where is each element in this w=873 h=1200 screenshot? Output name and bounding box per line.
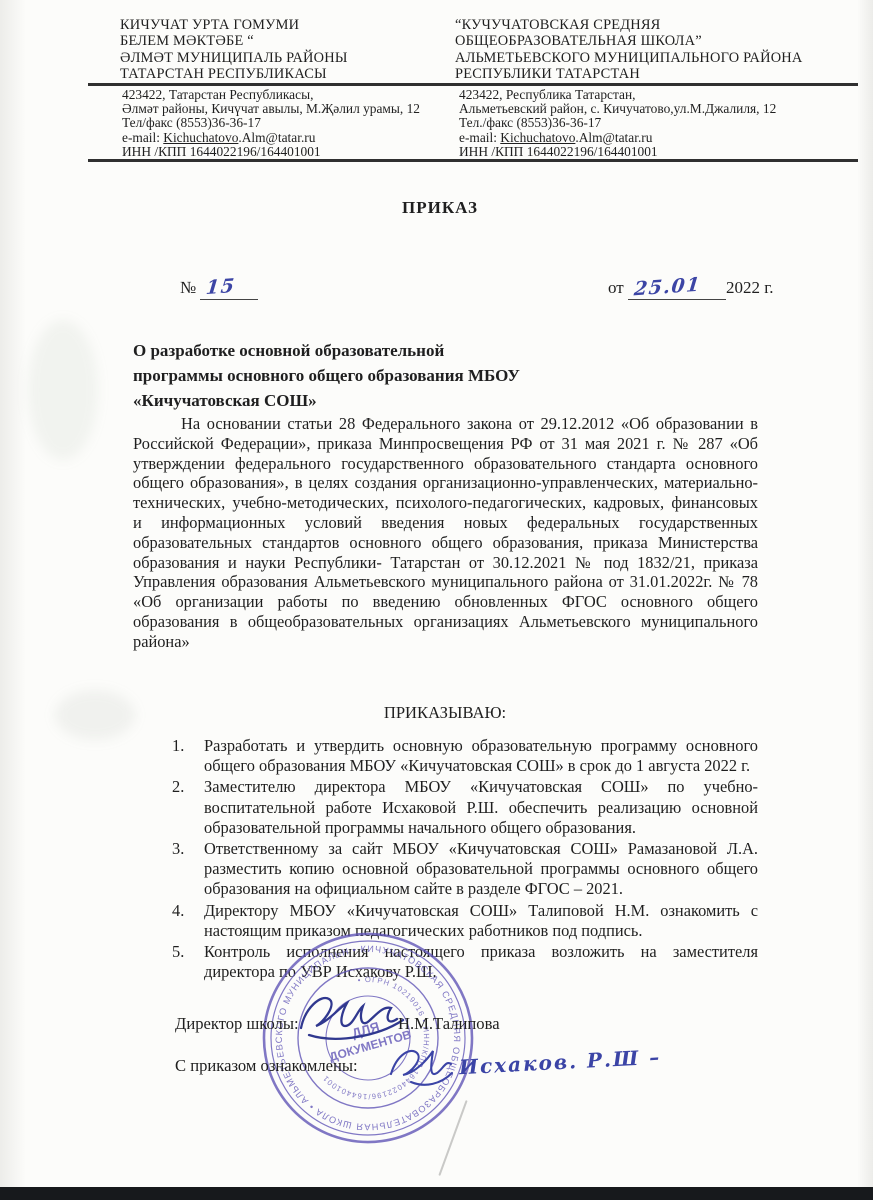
letterhead-left-tatar: КИЧУЧАТ УРТА ГОМУМИ БЕЛЕМ МӘКТӘБЕ “ ӘЛМӘ… [90, 17, 455, 82]
handwritten-date: 25.01 [633, 274, 702, 301]
bleedthrough-artifact [28, 320, 98, 460]
letterhead: КИЧУЧАТ УРТА ГОМУМИ БЕЛЕМ МӘКТӘБЕ “ ӘЛМӘ… [90, 17, 862, 82]
email-prefix: e-mail: [122, 130, 163, 145]
year-suffix: 2022 г. [726, 278, 774, 297]
order-item: 4. Директору МБОУ «Кичучатовская СОШ» Та… [172, 901, 758, 941]
order-subject: О разработке основной образовательной пр… [133, 338, 713, 413]
org-name-line: РЕСПУБЛИКИ ТАТАРСТАН [455, 66, 862, 82]
scan-edge-bar [0, 1187, 873, 1200]
order-item: 1. Разработать и утвердить основную обра… [172, 736, 758, 776]
phone-line: Тел/факс (8553)36-36-17 [122, 116, 455, 130]
inn-line: ИНН /КПП 1644022196/164401001 [122, 145, 455, 159]
contacts-left: 423422, Татарстан Республикасы, Әлмәт ра… [90, 88, 455, 159]
order-item: 2. Заместителю директора МБОУ «Кичучатов… [172, 777, 758, 838]
subject-line: программы основного общего образования М… [133, 363, 713, 388]
item-number: 3. [172, 839, 204, 900]
date-blank: 25.01 [628, 276, 726, 300]
address-line: 423422, Республика Татарстан, [459, 88, 862, 102]
number-blank: 15 [200, 276, 258, 300]
subject-line: О разработке основной образовательной [133, 338, 713, 363]
director-name: Н.М.Талипова [398, 1014, 500, 1034]
email-underlined: Kichuchatovo [500, 130, 575, 145]
subject-line: «Кичучатовская СОШ» [133, 388, 713, 413]
bleedthrough-artifact [55, 690, 135, 740]
divider-line-bottom [88, 159, 858, 162]
item-number: 1. [172, 736, 204, 776]
acknowledgement-label: С приказом ознакомлены: [175, 1056, 358, 1075]
org-name-line: БЕЛЕМ МӘКТӘБЕ “ [120, 33, 455, 49]
letterhead-contacts: 423422, Татарстан Республикасы, Әлмәт ра… [90, 88, 862, 159]
resolve-heading: ПРИКАЗЫВАЮ: [133, 703, 757, 723]
org-name-line: АЛЬМЕТЬЕВСКОГО МУНИЦИПАЛЬНОГО РАЙОНА [455, 50, 862, 66]
org-name-line: КИЧУЧАТ УРТА ГОМУМИ [120, 17, 455, 33]
item-text: Разработать и утвердить основную образов… [204, 736, 758, 776]
acknowledgement-signature: Исхаков. Р.Ш – [383, 1042, 661, 1088]
email-prefix: e-mail: [459, 130, 500, 145]
date-label: от [608, 278, 624, 297]
phone-line: Тел./факс (8553)36-36-17 [459, 116, 862, 130]
item-text: Директору МБОУ «Кичучатовская СОШ» Талип… [204, 901, 758, 941]
email-underlined: Kichuchatovo [163, 130, 238, 145]
email-suffix: .Alm@tatar.ru [575, 130, 652, 145]
item-number: 2. [172, 777, 204, 838]
item-text: Ответственному за сайт МБОУ «Кичучатовск… [204, 839, 758, 900]
handwritten-number: 15 [205, 275, 237, 299]
letterhead-right-russian: “КУЧУЧАТОВСКАЯ СРЕДНЯЯ ОБЩЕОБРАЗОВАТЕЛЬН… [455, 17, 862, 82]
address-line: Альметьевский район, с. Кичучатово,ул.М.… [459, 102, 862, 116]
org-name-line: ӘЛМӘТ МУНИЦИПАЛЬ РАЙОНЫ [120, 50, 455, 66]
order-item: 3. Ответственному за сайт МБОУ «Кичучато… [172, 839, 758, 900]
org-name-line: “КУЧУЧАТОВСКАЯ СРЕДНЯЯ [455, 17, 862, 33]
preamble-paragraph: На основании статьи 28 Федерального зако… [133, 414, 758, 652]
email-suffix: .Alm@tatar.ru [238, 130, 315, 145]
org-name-line: ТАТАРСТАН РЕСПУБЛИКАСЫ [120, 66, 455, 82]
divider-line-top [88, 83, 858, 86]
email-line: e-mail: Kichuchatovo.Alm@tatar.ru [459, 131, 862, 145]
handwritten-name: Исхаков. Р.Ш – [459, 1045, 662, 1080]
acknowledgement-row: С приказом ознакомлены: Исхаков. Р.Ш – [175, 1056, 358, 1076]
order-number: № 15 [180, 276, 258, 300]
signature-row: Директор школы: Н.М.Талипова [175, 1014, 299, 1034]
scanned-order-document: КИЧУЧАТ УРТА ГОМУМИ БЕЛЕМ МӘКТӘБЕ “ ӘЛМӘ… [0, 0, 873, 1200]
item-text: Заместителю директора МБОУ «Кичучатовска… [204, 777, 758, 838]
org-name-line: ОБЩЕОБРАЗОВАТЕЛЬНАЯ ШКОЛА” [455, 33, 862, 49]
item-number: 4. [172, 901, 204, 941]
item-number: 5. [172, 942, 204, 982]
document-title: ПРИКАЗ [90, 198, 790, 218]
address-line: 423422, Татарстан Республикасы, [122, 88, 455, 102]
contacts-right: 423422, Республика Татарстан, Альметьевс… [455, 88, 862, 159]
order-date: от 25.012022 г. [608, 276, 774, 300]
email-line: e-mail: Kichuchatovo.Alm@tatar.ru [122, 131, 455, 145]
inn-line: ИНН /КПП 1644022196/164401001 [459, 145, 862, 159]
director-signature [293, 986, 413, 1048]
signature-flourish [383, 1042, 455, 1088]
signature-label: Директор школы: [175, 1014, 299, 1033]
address-line: Әлмәт районы, Кичүчат авылы, М.Җәлил ура… [122, 102, 455, 116]
number-label: № [180, 278, 196, 297]
